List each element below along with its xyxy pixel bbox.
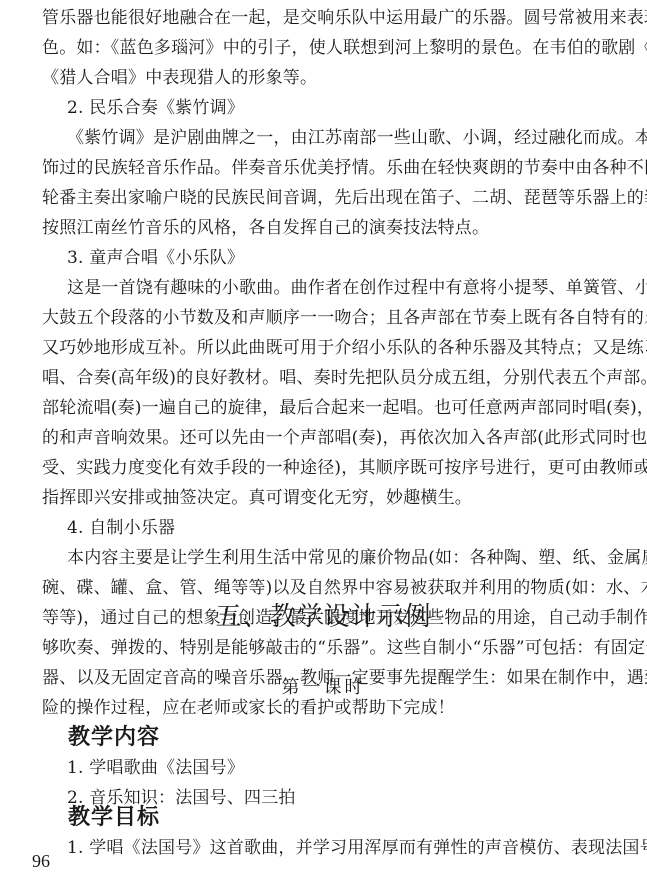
paragraph-line: 唱、合奏(高年级)的良好教材。唱、奏时先把队员分成五组，分别代表五个声部。可先由… (42, 363, 624, 393)
item-heading-homemade-instruments: 4. 自制小乐器 (67, 513, 175, 543)
paragraph-line: 管乐器也能很好地融合在一起，是交响乐队中运用最广的乐器。圆号常被用来表现大自然景 (42, 3, 624, 33)
lesson-title: 第一课时 (0, 675, 647, 701)
section-title: 五、教学设计示例 (0, 597, 647, 637)
paragraph-line: 够吹奏、弹拨的、特别是能够敲击的“乐器”。这些自制小“乐器”可包括：有固定音高的… (42, 633, 624, 663)
paragraph-line: 轮番主奏出家喻户晓的民族民间音调，先后出现在笛子、二胡、琵琶等乐器上的装饰性演奏… (42, 183, 624, 213)
paragraph-line: 这是一首饶有趣味的小歌曲。曲作者在创作过程中有意将小提琴、单簧管、小号、圆号、 (67, 273, 624, 303)
paragraph-line: 指挥即兴安排或抽签决定。真可谓变化无穷，妙趣横生。 (42, 483, 624, 513)
paragraph-line: 《猎人合唱》中表现猎人的形象等。 (42, 63, 624, 93)
document-page: 管乐器也能很好地融合在一起，是交响乐队中运用最广的乐器。圆号常被用来表现大自然景… (0, 0, 647, 877)
item-heading-zizhudiao: 2. 民乐合奏《紫竹调》 (67, 93, 244, 123)
paragraph-line: 本内容主要是让学生利用生活中常见的廉价物品(如：各种陶、塑、纸、金属质地的瓶、 (67, 543, 624, 573)
teaching-content-item: 1. 学唱歌曲《法国号》 (67, 753, 244, 783)
teaching-goals-heading: 教学目标 (68, 803, 160, 833)
paragraph-line: 色。如：《蓝色多瑙河》中的引子，使人联想到河上黎明的景色。在韦伯的歌剧《自由射手… (42, 33, 624, 63)
teaching-content-heading: 教学内容 (68, 723, 160, 753)
item-heading-xiaoyuedui: 3. 童声合唱《小乐队》 (67, 243, 244, 273)
paragraph-line: 又巧妙地形成互补。所以此曲既可用于介绍小乐队的各种乐器及其特点；又是练习多声部合 (42, 333, 624, 363)
paragraph-line: 《紫竹调》是沪剧曲牌之一，由江苏南部一些山歌、小调，经过融化而成。本曲为作曲家润 (67, 123, 624, 153)
paragraph-line: 受、实践力度变化有效手段的一种途径)，其顺序既可按序号进行，更可由教师或学生担任… (42, 453, 624, 483)
page-number: 96 (32, 850, 50, 872)
paragraph-line: 按照江南丝竹音乐的风格，各自发挥自己的演奏技法特点。 (42, 213, 624, 243)
teaching-goals-item: 1. 学唱《法国号》这首歌曲，并学习用浑厚而有弹性的声音模仿、表现法国号的音色；… (67, 833, 647, 863)
paragraph-line: 的和声音响效果。还可以先由一个声部唱(奏)，再依次加入各声部(此形式同时也是学生… (42, 423, 624, 453)
paragraph-line: 饰过的民族轻音乐作品。伴奏音乐优美抒情。乐曲在轻快爽朗的节奏中由各种不同的乐器 (42, 153, 624, 183)
paragraph-line: 大鼓五个段落的小节数及和声顺序一一吻合；且各声部在节奏上既有各自特有的乐器风格， (42, 303, 624, 333)
paragraph-line: 部轮流唱(奏)一遍自己的旋律，最后合起来一起唱。也可任意两声部同时唱(奏)，形成… (42, 393, 624, 423)
